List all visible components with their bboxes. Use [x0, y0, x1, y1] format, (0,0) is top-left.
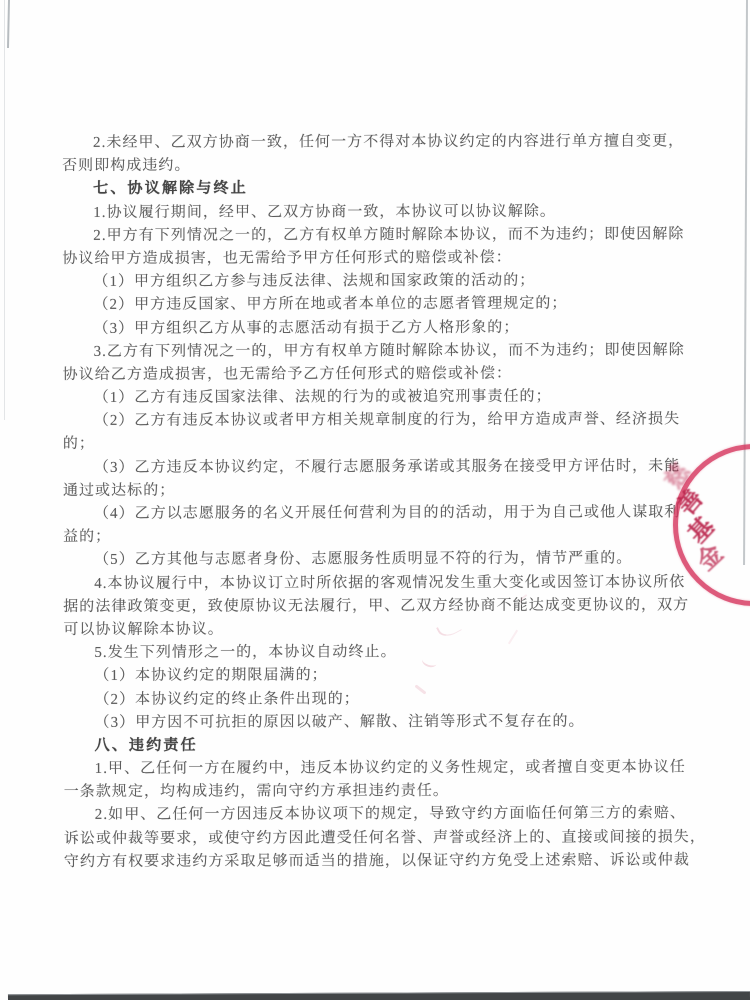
text-line: （1）乙方有违反国家法律、法规的行为的或被追究刑事责任的；	[63, 385, 693, 410]
section-heading: 七、协议解除与终止	[62, 177, 692, 202]
text-line: （3）乙方违反本协议约定，不履行志愿服务承诺或其服务在接受甲方评估时，未能	[63, 455, 693, 480]
text-line: 协议给乙方造成损害，也无需给予乙方任何形式的赔偿或补偿：	[63, 362, 693, 387]
section-heading: 八、违约责任	[64, 733, 694, 758]
text-line: 的；	[63, 432, 693, 457]
text-line: 可以协议解除本协议。	[63, 617, 693, 642]
text-line: 1.协议履行期间，经甲、乙双方协商一致，本协议可以协议解除。	[62, 200, 692, 225]
text-line: 2.甲方有下列情况之一的，乙方有权单方随时解除本协议，而不为违约；即使因解除	[62, 223, 692, 248]
charity-seal: 慈 善 基 金	[655, 425, 750, 605]
scan-edge-left	[7, 0, 10, 48]
text-line: 一条款规定，均构成违约，需向守约方承担违约责任。	[64, 780, 694, 805]
text-line: 据的法律政策变更，致使原协议无法履行，甲、乙双方经协商不能达成变更协议的，双方	[63, 594, 693, 619]
text-line: 诉讼或仲裁等要求，或使守约方因此遭受任何名誉、声誉或经济上的、直接或间接的损失，	[64, 826, 694, 851]
text-line: （1）甲方组织乙方参与违反法律、法规和国家政策的活动的；	[62, 269, 692, 294]
document-lines: 2.未经甲、乙双方协商一致，任何一方不得对本协议约定的内容进行单方擅自变更，否则…	[62, 130, 694, 874]
text-line: （5）乙方其他与志愿者身份、志愿服务性质明显不符的行为，情节严重的。	[63, 548, 693, 573]
text-line: 否则即构成违约。	[62, 154, 692, 179]
text-line: 3.乙方有下列情况之一的，甲方有权单方随时解除本协议，而不为违约；即使因解除	[63, 339, 693, 364]
text-line: 4.本协议履行中，本协议订立时所依据的客观情况发生重大变化或因签订本协议所依	[63, 571, 693, 596]
text-line: 2.如甲、乙任何一方因违反本协议项下的规定，导致守约方面临任何第三方的索赔、	[64, 803, 694, 828]
text-line: 1.甲、乙任何一方在履约中，违反本协议约定的义务性规定，或者擅自变更本协议任	[64, 756, 694, 781]
text-line: 益的；	[63, 525, 693, 550]
scanned-page: 2.未经甲、乙双方协商一致，任何一方不得对本协议约定的内容进行单方擅自变更，否则…	[0, 0, 750, 1000]
text-line: （2）甲方违反国家、甲方所在地或者本单位的志愿者管理规定的；	[62, 293, 692, 318]
text-line: 协议给甲方造成损害，也无需给予甲方任何形式的赔偿或补偿：	[62, 246, 692, 271]
text-line: 2.未经甲、乙双方协商一致，任何一方不得对本协议约定的内容进行单方擅自变更，	[62, 130, 692, 155]
scanner-bottom-bar	[8, 991, 750, 1000]
text-line: 守约方有权要求违约方采取足够而适当的措施，以保证守约方免受上述索赔、诉讼或仲裁	[64, 849, 694, 874]
text-line: （3）甲方组织乙方从事的志愿活动有损于乙方人格形象的；	[62, 316, 692, 341]
text-line: 5.发生下列情形之一的，本协议自动终止。	[63, 640, 693, 665]
text-line: （3）甲方因不可抗拒的原因以破产、解散、注销等形式不复存在的。	[64, 710, 694, 735]
text-line: （2）乙方有违反本协议或者甲方相关规章制度的行为，给甲方造成声誉、经济损失	[63, 409, 693, 434]
text-line: 通过或达标的；	[63, 478, 693, 503]
text-line: （4）乙方以志愿服务的名义开展任何营利为目的的活动，用于为自己或他人谋取利	[63, 501, 693, 526]
text-line: （2）本协议约定的终止条件出现的；	[63, 687, 693, 712]
text-line: （1）本协议约定的期限届满的；	[63, 664, 693, 689]
scan-edge-left-faint	[4, 0, 5, 420]
